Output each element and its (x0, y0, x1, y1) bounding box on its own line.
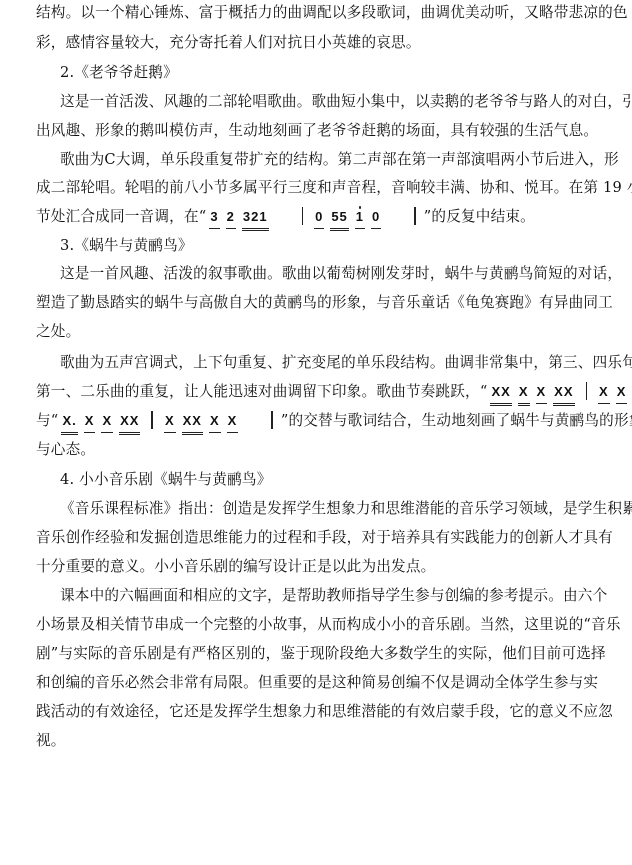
rhythm-pattern-a: XXXXXXXXX (487, 382, 632, 406)
paragraph-line: 歌曲为五声宫调式，上下句重复、扩充变尾的单乐段结构。曲调非常集中，第三、四乐句是 (60, 353, 620, 373)
rhythm-note: X (598, 382, 610, 404)
text-before-rhythm: 与“ (36, 412, 58, 429)
rhythm-note: X (616, 382, 628, 404)
note-high: 1 (355, 207, 365, 229)
barline (586, 382, 588, 400)
paragraph-line: 这是一首风趣、活泼的叙事歌曲。歌曲以葡萄树刚发芽时，蜗牛与黄鹂鸟简短的对话， (60, 264, 620, 284)
paragraph-line: 视。 (36, 731, 596, 751)
paragraph-line: 践活动的有效途径，它还是发挥学生想象力和思维潜能的有效启蒙手段，它的意义不应忽 (36, 702, 596, 722)
paragraph-line-with-notation: 节处汇合成同一音调，在“3232105510”的反复中结束。 (36, 207, 596, 231)
text-after-rhythm: ”的交替与歌词结合，生动地刻画了蜗牛与黄鹂鸟的形象 (281, 412, 632, 429)
jianpu-notation-ending: 3232105510 (206, 207, 423, 231)
note: 0 (371, 207, 381, 229)
paragraph-line: 结构。以一个精心锤炼、富于概括力的曲调配以多段歌词，曲调优美动听，又略带悲凉的色 (36, 3, 596, 23)
paragraph-line-with-rhythm: 与“X.XXXXXXXXX”的交替与歌词结合，生动地刻画了蜗牛与黄鹂鸟的形象 (36, 411, 596, 435)
rhythm-note: X (164, 411, 176, 433)
song-heading-3: 3.《蜗牛与黄鹂鸟》 (60, 236, 620, 256)
rhythm-note: XX (490, 382, 511, 406)
rhythm-note: X (101, 411, 113, 433)
paragraph-line: 塑造了勤恳踏实的蜗牛与高傲自大的黄鹂鸟的形象，与音乐童话《龟兔赛跑》有异曲同工 (36, 293, 596, 313)
text-before-rhythm: 第一、二乐曲的重复，让人能迅速对曲调留下印象。歌曲节奏跳跃，“ (36, 383, 487, 400)
rhythm-note: X (536, 382, 548, 404)
rhythm-note: X (227, 411, 239, 433)
paragraph-line: 成二部轮唱。轮唱的前八小节多属平行三度和声音程，音响较丰满、协和、悦耳。在第 1… (36, 178, 596, 198)
paragraph-line: 与心态。 (36, 440, 596, 460)
rhythm-note: X (518, 382, 530, 406)
rhythm-note: XX (119, 411, 140, 435)
rhythm-note: X. (61, 411, 77, 435)
text-before-notation: 节处汇合成同一音调，在“ (36, 208, 206, 225)
paragraph-line: 彩，感情容量较大，充分寄托着人们对抗日小英雄的哀思。 (36, 33, 596, 53)
rhythm-note: X (209, 411, 221, 433)
paragraph-line: 这是一首活泼、风趣的二部轮唱歌曲。歌曲短小集中，以卖鹅的老爷爷与路人的对白，引 (60, 92, 620, 112)
song-heading-4: 4. 小小音乐剧《蜗牛与黄鹂鸟》 (60, 470, 620, 490)
paragraph-line: 出风趣、形象的鹅叫模仿声，生动地刻画了老爷爷赶鹅的场面，具有较强的生活气息。 (36, 121, 596, 141)
note: 0 (314, 207, 324, 229)
paragraph-line: 《音乐课程标准》指出：创造是发挥学生想象力和思维潜能的音乐学习领域，是学生积累 (60, 499, 620, 519)
paragraph-line: 音乐创作经验和发掘创造思维能力的过程和手段，对于培养具有实践能力的创新人才具有 (36, 528, 596, 548)
note: 3 (209, 207, 219, 229)
paragraph-line-with-rhythm: 第一、二乐曲的重复，让人能迅速对曲调留下印象。歌曲节奏跳跃，“XXXXXXXXX… (36, 382, 596, 406)
paragraph-line: 歌曲为C大调，单乐段重复带扩充的结构。第二声部在第一声部演唱两小节后进入，形 (60, 150, 620, 170)
rhythm-note: XX (553, 382, 574, 406)
barline (302, 207, 304, 225)
note: 55 (330, 207, 348, 231)
book-page: 结构。以一个精心锤炼、富于概括力的曲调配以多段歌词，曲调优美动听，又略带悲凉的色… (0, 0, 632, 865)
paragraph-line: 剧”与实际的音乐剧是有严格区别的，鉴于现阶段绝大多数学生的实际，他们目前可选择 (36, 644, 596, 664)
paragraph-line: 小场景及相关情节串成一个完整的小故事，从而构成小小的音乐剧。当然，这里说的“音乐 (36, 615, 596, 635)
song-heading-2: 2.《老爷爷赶鹅》 (60, 63, 620, 83)
paragraph-line: 和创编的音乐必然会非常有局限。但重要的是这种简易创编不仅是调动全体学生参与实 (36, 673, 596, 693)
paragraph-line: 十分重要的意义。小小音乐剧的编写设计正是以此为出发点。 (36, 557, 596, 577)
text-after-notation: ”的反复中结束。 (424, 208, 535, 225)
note: 2 (226, 207, 236, 229)
barline (151, 411, 153, 429)
paragraph-line: 课本中的六幅画面和相应的文字，是帮助教师指导学生参与创编的参考提示。由六个 (60, 586, 620, 606)
barline (271, 411, 273, 429)
rhythm-note: X (84, 411, 96, 433)
rhythm-pattern-b: X.XXXXXXXXX (58, 411, 280, 435)
rhythm-note: XX (182, 411, 203, 435)
note: 321 (242, 207, 269, 231)
barline (414, 207, 416, 225)
paragraph-line: 之处。 (36, 322, 596, 342)
